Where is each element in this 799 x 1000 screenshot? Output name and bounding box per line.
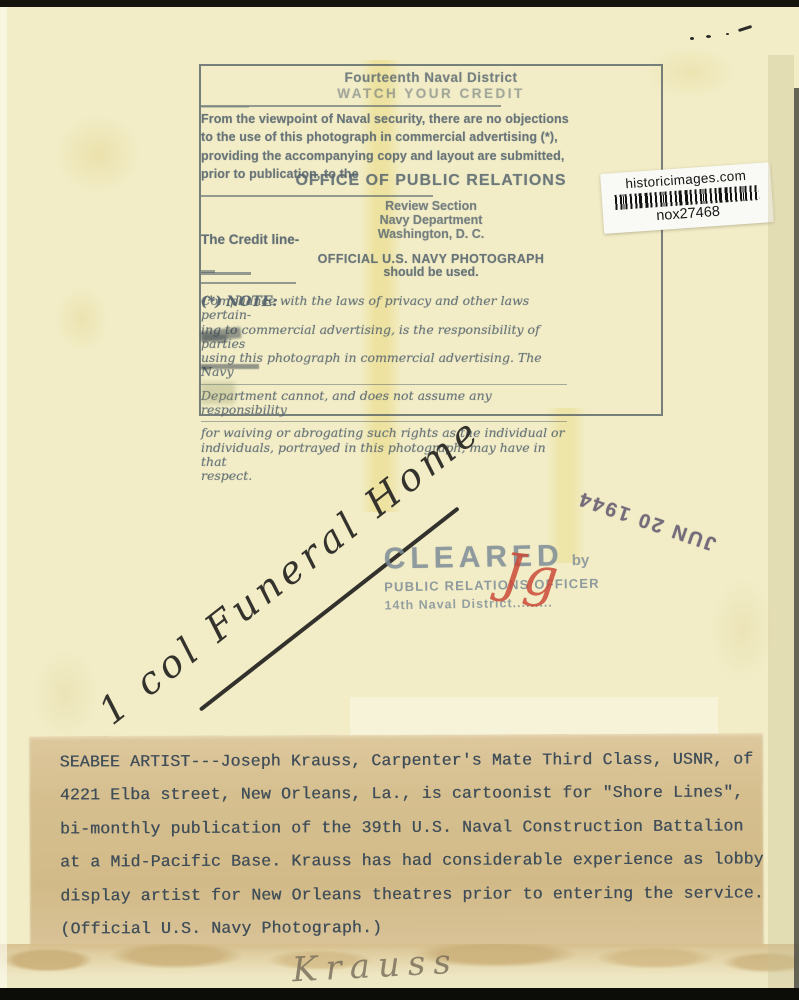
note-line: for waiving or abrogating such rights as…	[201, 426, 567, 440]
ink-dot	[726, 33, 729, 35]
caption-line: display artist for New Orleans theatres …	[60, 876, 760, 912]
ink-smudge	[201, 367, 210, 370]
caption-line: (Official U.S. Navy Photograph.)	[60, 909, 760, 945]
paper-stain	[38, 98, 158, 210]
scan-edge-bottom	[0, 988, 799, 1000]
caption-line: bi-monthly publication of the 39th U.S. …	[60, 809, 760, 845]
should-be-used-line: should be used.	[201, 265, 661, 279]
caption-line: at a Mid-Pacific Base. Krauss has had co…	[60, 843, 760, 879]
caption-line: SEABEE ARTIST---Joseph Krauss, Carpenter…	[60, 733, 760, 778]
office-of-public-relations-heading: OFFICE OF PUBLIC RELATIONS	[201, 172, 661, 190]
ink-smudge	[201, 382, 235, 404]
paper-patch	[350, 697, 718, 739]
stamp-watch-credit-line: WATCH YOUR CREDIT	[201, 86, 661, 101]
paper-stain	[44, 272, 120, 367]
cleared-by-label: by	[572, 552, 590, 569]
ink-dot	[690, 37, 694, 40]
stamp-rule	[201, 282, 296, 284]
stamp-rule	[201, 195, 433, 197]
credit-line-label: The Credit line-	[201, 232, 299, 247]
ink-dash	[738, 25, 752, 32]
review-section-line: Review Section	[201, 199, 661, 213]
scan-edge-shade	[768, 55, 794, 990]
note-line: Department cannot, and does not assume a…	[201, 389, 567, 423]
security-line: to the use of this photograph in commerc…	[201, 128, 621, 146]
scan-edge-top	[0, 0, 799, 7]
naval-clearance-stamp-box: Fourteenth Naval District WATCH YOUR CRE…	[199, 64, 663, 416]
ink-smudge	[201, 272, 251, 275]
typed-caption-strip: SEABEE ARTIST---Joseph Krauss, Carpenter…	[30, 733, 764, 949]
ink-smudge	[201, 333, 227, 343]
photo-back-scan: Fourteenth Naval District WATCH YOUR CRE…	[0, 0, 799, 1000]
security-line: From the viewpoint of Naval security, th…	[201, 110, 621, 128]
historicimages-sticker: historicimages.com nox27468	[600, 162, 774, 234]
note-paragraph: Compliance with the laws of privacy and …	[201, 294, 567, 484]
red-ink-initials: Jg	[498, 541, 561, 610]
caption-line: 4221 Elba street, New Orleans, La., is c…	[60, 776, 760, 812]
stamp-rule	[201, 106, 249, 108]
security-line: providing the accompanying copy and layo…	[201, 147, 621, 165]
scan-edge-right	[794, 88, 799, 1000]
navy-department-line: Navy Department	[201, 213, 661, 227]
note-line: Compliance with the laws of privacy and …	[201, 294, 567, 323]
official-navy-photograph-line: OFFICIAL U.S. NAVY PHOTOGRAPH	[201, 252, 661, 266]
stamp-district-line: Fourteenth Naval District	[201, 70, 661, 85]
scan-edge-left	[0, 7, 7, 988]
note-line: ing to commercial advertising, is the re…	[201, 323, 567, 352]
ink-dot	[706, 35, 711, 38]
note-line: individuals, portrayed in this photograp…	[201, 441, 567, 470]
